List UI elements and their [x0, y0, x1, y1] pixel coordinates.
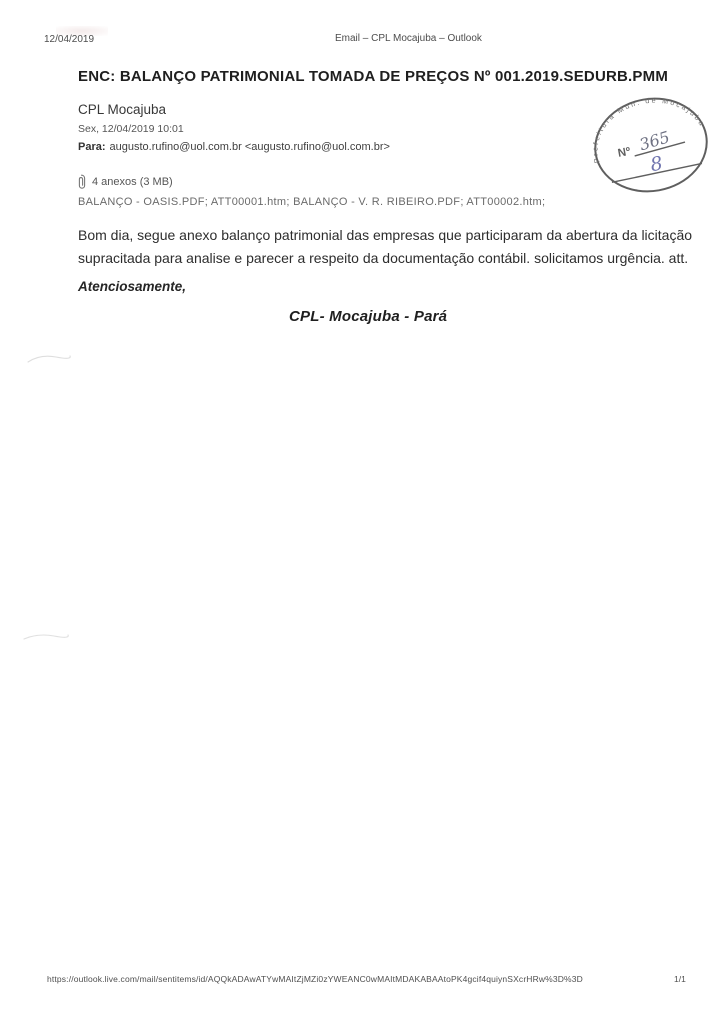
- email-subject: ENC: BALANÇO PATRIMONIAL TOMADA DE PREÇO…: [78, 68, 668, 85]
- stamp-number-label: Nº: [617, 146, 631, 160]
- print-footer-url: https://outlook.live.com/mail/sentitems/…: [47, 974, 583, 984]
- attachments-file-list: BALANÇO - OASIS.PDF; ATT00001.htm; BALAN…: [78, 196, 545, 208]
- signature-text: CPL- Mocajuba - Pará: [289, 308, 447, 325]
- paperclip-icon: [76, 174, 87, 190]
- print-header-title: Email – CPL Mocajuba – Outlook: [335, 33, 482, 44]
- attachments-summary: 4 anexos (3 MB): [76, 174, 173, 190]
- stamp-bottom-handwritten: 8: [649, 152, 665, 176]
- print-header-date: 12/04/2019: [44, 34, 94, 45]
- closing-text: Atenciosamente,: [78, 279, 186, 294]
- recipient-line: Para:augusto.rufino@uol.com.br <augusto.…: [78, 141, 390, 153]
- email-body: Bom dia, segue anexo balanço patrimonial…: [78, 224, 692, 269]
- sent-datetime: Sex, 12/04/2019 10:01: [78, 123, 184, 135]
- to-label: Para:: [78, 141, 106, 153]
- scanned-email-page: 12/04/2019 Email – CPL Mocajuba – Outloo…: [0, 0, 724, 1024]
- page-indicator: 1/1: [674, 974, 686, 984]
- prefeitura-stamp: Prefeitura Mun. de Mocajuba Nº 365 8: [582, 84, 720, 206]
- sender-name: CPL Mocajuba: [78, 102, 166, 117]
- stamp-number-handwritten: 365: [637, 127, 672, 154]
- body-line-1: Bom dia, segue anexo balanço patrimonial…: [78, 224, 692, 247]
- scan-artifact-mark: [26, 352, 72, 371]
- body-line-2: supracitada para analise e parecer a res…: [78, 247, 692, 270]
- attachments-count: 4 anexos (3 MB): [92, 176, 173, 188]
- scan-artifact-mark: [22, 630, 70, 649]
- to-address: augusto.rufino@uol.com.br <augusto.rufin…: [110, 141, 390, 153]
